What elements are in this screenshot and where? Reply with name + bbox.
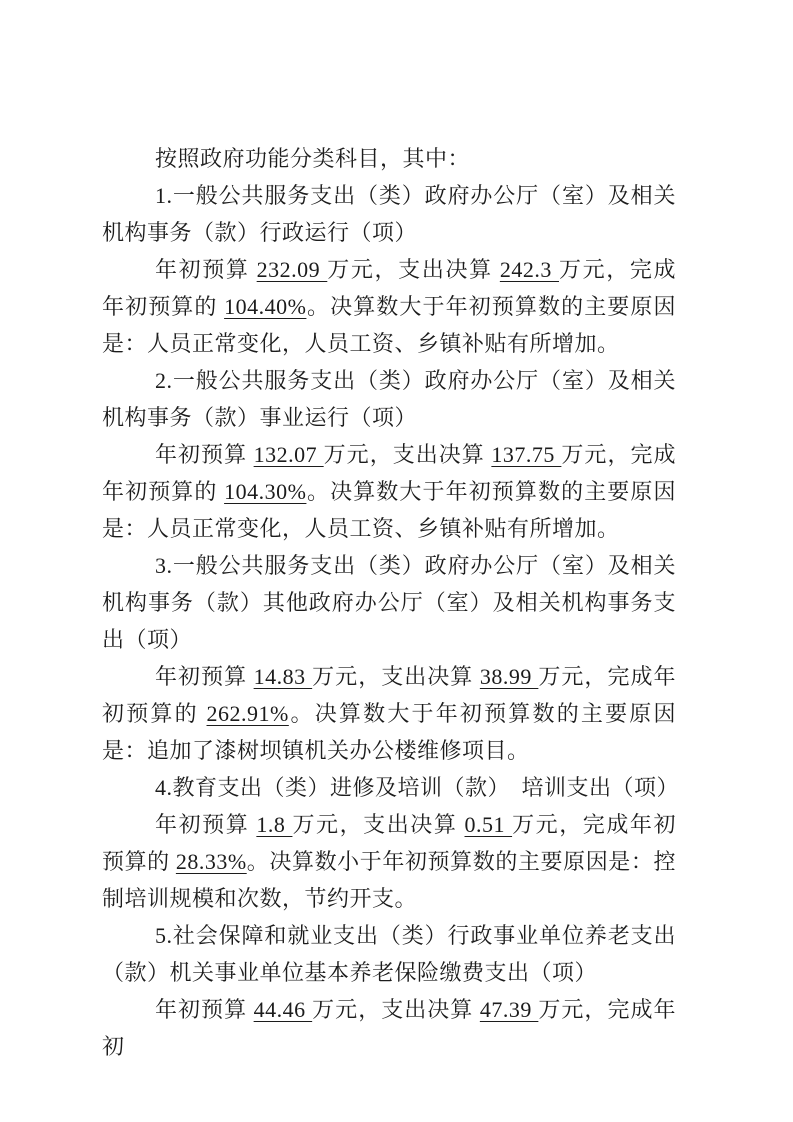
document-body: 按照政府功能分类科目，其中：1.一般公共服务支出（类）政府办公厅（室）及相关机构… bbox=[102, 140, 676, 1065]
text-run: 1.一般公共服务支出（类）政府办公厅（室）及相关机构事务（款）行政运行（项） bbox=[102, 183, 676, 245]
paragraph-item-1-title: 1.一般公共服务支出（类）政府办公厅（室）及相关机构事务（款）行政运行（项） bbox=[102, 177, 676, 251]
underlined-value: 242.3 bbox=[500, 257, 559, 282]
underlined-value: 14.83 bbox=[254, 664, 313, 689]
text-run: 万元，支出决算 bbox=[324, 442, 492, 467]
paragraph-item-5-detail: 年初预算 44.46 万元，支出决算 47.39 万元，完成年初 bbox=[102, 991, 676, 1065]
text-run: 2.一般公共服务支出（类）政府办公厅（室）及相关机构事务（款）事业运行（项） bbox=[102, 368, 676, 430]
underlined-value: 132.07 bbox=[254, 442, 324, 467]
text-run: 4.教育支出（类）进修及培训（款） 培训支出（项） bbox=[155, 775, 679, 800]
underlined-value: 232.09 bbox=[257, 257, 328, 282]
paragraph-item-2-title: 2.一般公共服务支出（类）政府办公厅（室）及相关机构事务（款）事业运行（项） bbox=[102, 362, 676, 436]
paragraph-intro: 按照政府功能分类科目，其中： bbox=[102, 140, 676, 177]
underlined-value: 0.51 bbox=[465, 812, 513, 837]
text-run: 万元，支出决算 bbox=[312, 664, 480, 689]
text-run: 3.一般公共服务支出（类）政府办公厅（室）及相关机构事务（款）其他政府办公厅（室… bbox=[102, 553, 676, 652]
text-run: 年初预算 bbox=[155, 442, 254, 467]
underlined-value: 28.33% bbox=[176, 849, 247, 874]
text-run: 年初预算 bbox=[155, 257, 257, 282]
underlined-value: 262.91% bbox=[207, 701, 289, 726]
text-run: 年初预算 bbox=[155, 997, 254, 1022]
underlined-value: 1.8 bbox=[256, 812, 292, 837]
underlined-value: 38.99 bbox=[480, 664, 539, 689]
paragraph-item-3-detail: 年初预算 14.83 万元，支出决算 38.99 万元，完成年初预算的 262.… bbox=[102, 658, 676, 769]
text-run: 万元，支出决算 bbox=[292, 812, 464, 837]
paragraph-item-5-title: 5.社会保障和就业支出（类）行政事业单位养老支出（款）机关事业单位基本养老保险缴… bbox=[102, 917, 676, 991]
text-run: 年初预算 bbox=[155, 812, 256, 837]
underlined-value: 104.30% bbox=[224, 479, 306, 504]
underlined-value: 104.40% bbox=[224, 294, 306, 319]
underlined-value: 44.46 bbox=[254, 997, 313, 1022]
text-run: 万元，支出决算 bbox=[312, 997, 480, 1022]
text-run: 5.社会保障和就业支出（类）行政事业单位养老支出（款）机关事业单位基本养老保险缴… bbox=[102, 923, 676, 985]
paragraph-item-1-detail: 年初预算 232.09 万元，支出决算 242.3 万元，完成年初预算的 104… bbox=[102, 251, 676, 362]
paragraph-item-3-title: 3.一般公共服务支出（类）政府办公厅（室）及相关机构事务（款）其他政府办公厅（室… bbox=[102, 547, 676, 658]
text-run: 年初预算 bbox=[155, 664, 254, 689]
paragraph-item-4-detail: 年初预算 1.8 万元，支出决算 0.51 万元，完成年初预算的 28.33%。… bbox=[102, 806, 676, 917]
text-run: 万元，支出决算 bbox=[327, 257, 500, 282]
paragraph-item-4-title: 4.教育支出（类）进修及培训（款） 培训支出（项） bbox=[102, 769, 676, 806]
paragraph-item-2-detail: 年初预算 132.07 万元，支出决算 137.75 万元，完成年初预算的 10… bbox=[102, 436, 676, 547]
text-run: 按照政府功能分类科目，其中： bbox=[155, 146, 470, 171]
document-page: 按照政府功能分类科目，其中：1.一般公共服务支出（类）政府办公厅（室）及相关机构… bbox=[0, 0, 793, 1122]
underlined-value: 137.75 bbox=[491, 442, 561, 467]
underlined-value: 47.39 bbox=[480, 997, 539, 1022]
